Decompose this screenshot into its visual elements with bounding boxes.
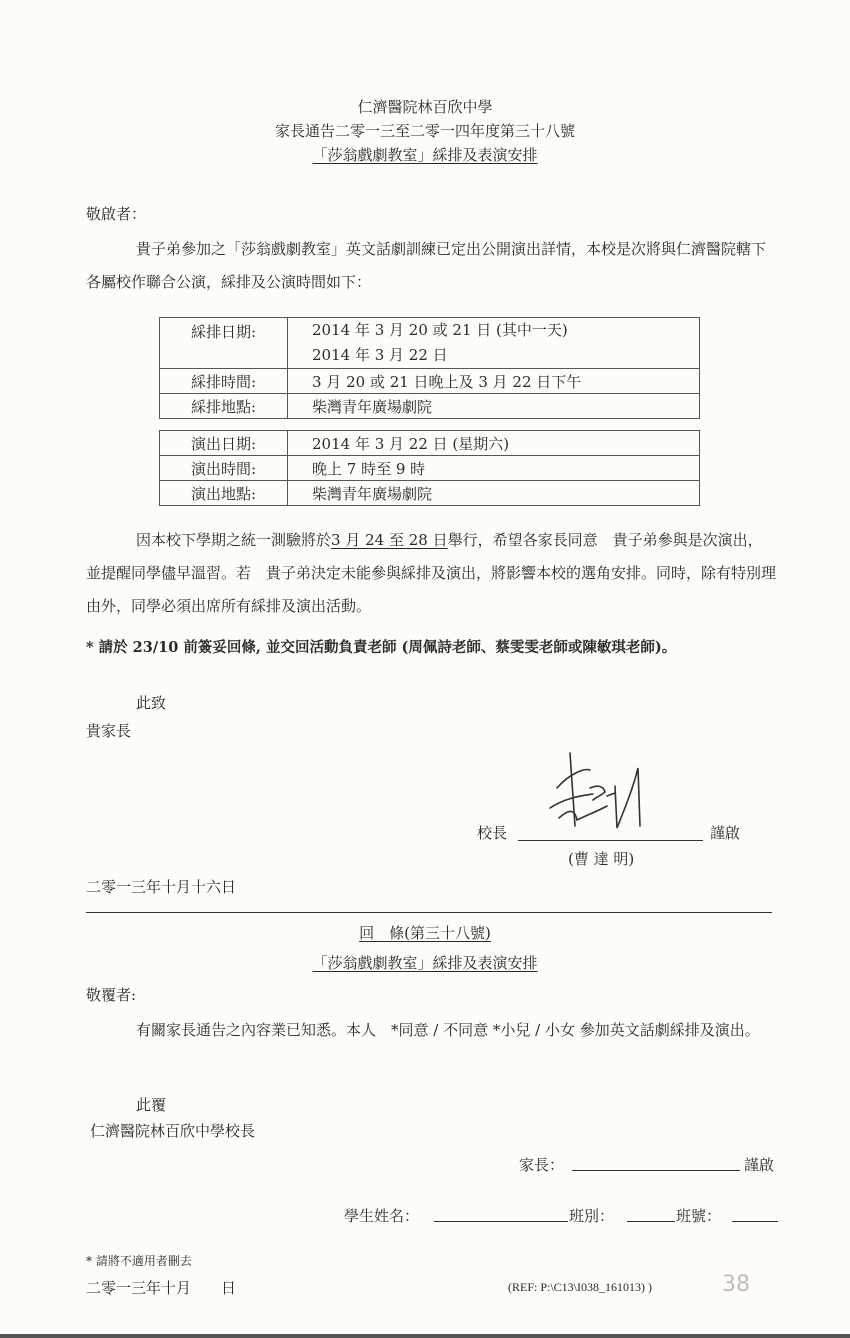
return-note: * 請於 23/10 前簽妥回條, 並交回活動負責老師 (周佩詩老師、蔡雯雯老師… bbox=[86, 636, 676, 657]
student-name-label: 學生姓名： bbox=[344, 1205, 419, 1226]
table-row: 綵排地點: 柴灣青年廣場劇院 bbox=[160, 394, 700, 419]
principal-title: 校長 bbox=[477, 822, 507, 843]
rehearsal-venue-label: 綵排地點: bbox=[160, 394, 288, 419]
performance-date-label: 演出日期: bbox=[160, 431, 288, 456]
parent-suffix: 謹啟 bbox=[744, 1154, 774, 1175]
performance-time-label: 演出時間: bbox=[160, 456, 288, 481]
salutation: 敬啟者： bbox=[86, 203, 146, 224]
reply-body: 有關家長通告之內容業已知悉。本人 *同意 / 不同意 *小兒 / 小女 參加英文… bbox=[86, 1014, 776, 1047]
notice-number: 家長通告二零一三至二零一四年度第三十八號 bbox=[0, 120, 850, 141]
rehearsal-time-label: 綵排時間: bbox=[160, 369, 288, 394]
school-name: 仁濟醫院林百欣中學 bbox=[0, 96, 850, 117]
principal-name: (曹 達 明) bbox=[568, 848, 634, 869]
reply-closing-line-1: 此覆 bbox=[136, 1094, 166, 1115]
reply-slip-title: 回 條(第三十八號) bbox=[0, 922, 850, 943]
table-row: 演出地點: 柴灣青年廣場劇院 bbox=[160, 481, 700, 506]
table-row: 綵排日期: 2014 年 3 月 20 或 21 日 (其中一天) 2014 年… bbox=[160, 318, 700, 369]
rehearsal-date-value: 2014 年 3 月 20 或 21 日 (其中一天) 2014 年 3 月 2… bbox=[288, 318, 700, 369]
exam-paragraph: 因本校下學期之統一測驗將於3 月 24 至 28 日舉行，希望各家長同意 貴子弟… bbox=[86, 524, 776, 623]
performance-date-value: 2014 年 3 月 22 日 (星期六) bbox=[288, 431, 700, 456]
scan-edge bbox=[0, 1334, 850, 1338]
rehearsal-date-line-2: 2014 年 3 月 22 日 bbox=[312, 343, 699, 368]
reply-slip-subject-text: 「莎翁戲劇教室」綵排及表演安排 bbox=[312, 954, 537, 972]
notice-date: 二零一三年十月十六日 bbox=[86, 876, 236, 897]
exam-dates: 3 月 24 至 28 日 bbox=[331, 531, 448, 549]
performance-venue-value: 柴灣青年廣場劇院 bbox=[288, 481, 700, 506]
class-number-label: 班號： bbox=[676, 1205, 721, 1226]
performance-time-value: 晚上 7 時至 9 時 bbox=[288, 456, 700, 481]
rehearsal-venue-value: 柴灣青年廣場劇院 bbox=[288, 394, 700, 419]
parent-signature-field[interactable] bbox=[572, 1170, 740, 1171]
class-field[interactable] bbox=[627, 1221, 675, 1222]
reply-closing-line-2: 仁濟醫院林百欣中學校長 bbox=[90, 1120, 255, 1141]
reply-date: 二零一三年十月 日 bbox=[86, 1277, 236, 1298]
reply-footnote: * 請將不適用者刪去 bbox=[86, 1252, 192, 1269]
rehearsal-date-label: 綵排日期: bbox=[160, 318, 288, 369]
performance-venue-label: 演出地點: bbox=[160, 481, 288, 506]
table-row: 演出日期: 2014 年 3 月 22 日 (星期六) bbox=[160, 431, 700, 456]
rehearsal-table: 綵排日期: 2014 年 3 月 20 或 21 日 (其中一天) 2014 年… bbox=[159, 317, 700, 419]
table-row: 綵排時間: 3 月 20 或 21 日晚上及 3 月 22 日下午 bbox=[160, 369, 700, 394]
rehearsal-time-value: 3 月 20 或 21 日晚上及 3 月 22 日下午 bbox=[288, 369, 700, 394]
notice-subject-text: 「莎翁戲劇教室」綵排及表演安排 bbox=[312, 146, 537, 164]
student-name-field[interactable] bbox=[434, 1221, 568, 1222]
table-row: 演出時間: 晚上 7 時至 9 時 bbox=[160, 456, 700, 481]
class-number-field[interactable] bbox=[732, 1221, 778, 1222]
reply-slip-title-text: 回 條(第三十八號) bbox=[359, 924, 491, 942]
notice-subject: 「莎翁戲劇教室」綵排及表演安排 bbox=[0, 144, 850, 165]
tear-off-divider bbox=[86, 912, 772, 913]
handwritten-page-number: 38 bbox=[722, 1272, 750, 1297]
closing-line-2: 貴家長 bbox=[86, 720, 131, 741]
signature-line bbox=[518, 840, 703, 841]
reference-code: (REF: P:\C13\I038_161013) ) bbox=[508, 1280, 652, 1295]
signature-suffix: 謹啟 bbox=[710, 822, 740, 843]
intro-paragraph: 貴子弟參加之「莎翁戲劇教室」英文話劇訓練已定出公開演出詳情，本校是次將與仁濟醫院… bbox=[86, 233, 776, 299]
closing-line-1: 此致 bbox=[136, 692, 166, 713]
reply-salutation: 敬覆者: bbox=[86, 984, 136, 1005]
parent-label: 家長： bbox=[519, 1154, 564, 1175]
rehearsal-date-line-1: 2014 年 3 月 20 或 21 日 (其中一天) bbox=[312, 318, 699, 343]
performance-table: 演出日期: 2014 年 3 月 22 日 (星期六) 演出時間: 晚上 7 時… bbox=[159, 430, 700, 506]
reply-slip-subject: 「莎翁戲劇教室」綵排及表演安排 bbox=[0, 952, 850, 973]
exam-paragraph-start: 因本校下學期之統一測驗將於 bbox=[136, 531, 331, 549]
signature-scribble-icon bbox=[545, 748, 665, 843]
class-label: 班別： bbox=[569, 1205, 614, 1226]
